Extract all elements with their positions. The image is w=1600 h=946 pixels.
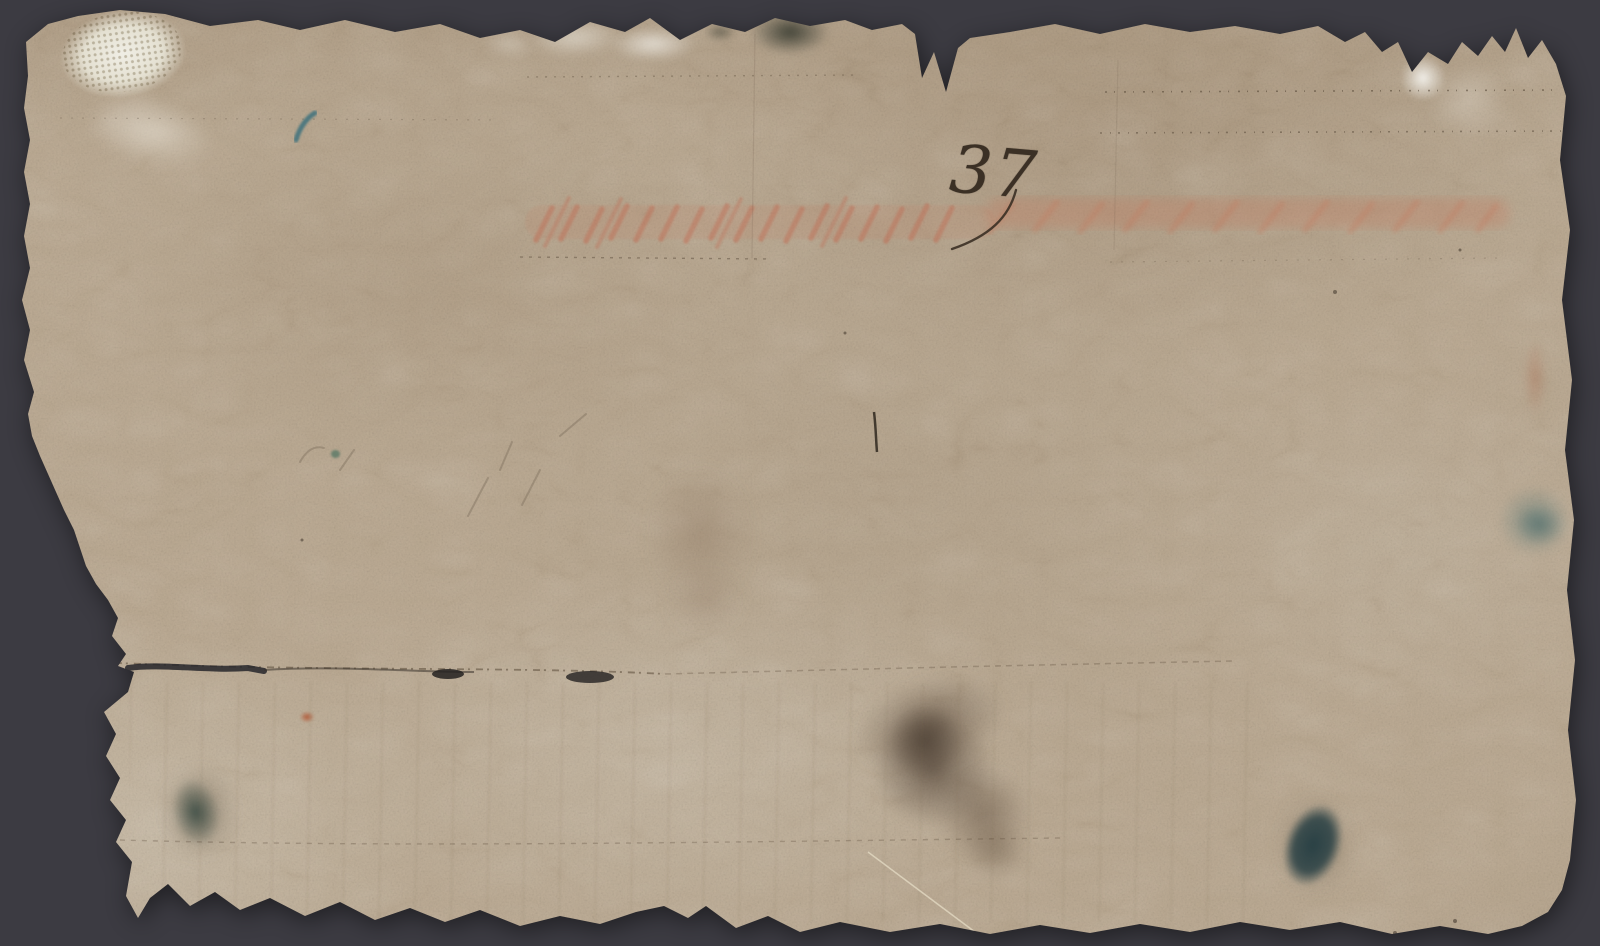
paper-artifact: 37: [0, 0, 1600, 946]
edge-vignette: [0, 0, 1600, 946]
scan-background: 37: [0, 0, 1600, 946]
paper-drop-shadow: 37: [0, 0, 1600, 946]
